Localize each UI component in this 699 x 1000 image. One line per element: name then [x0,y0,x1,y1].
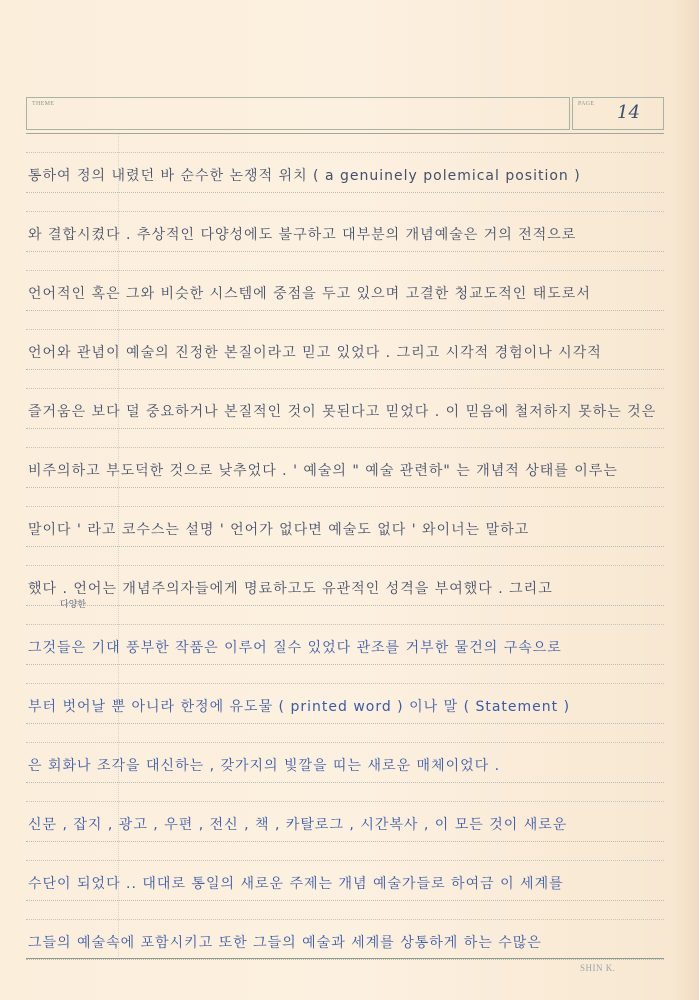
ruled-guide [26,565,664,566]
handwritten-text: 언어적인 혹은 그와 비슷한 시스템에 중점을 두고 있으며 고결한 청교도적인… [28,283,591,303]
text-line: 와 결합시켰다 . 추상적인 다양성에도 불구하고 대부분의 개념예술은 거의 … [26,193,664,252]
handwritten-text: 말이다 ' 라고 코수스는 설명 ' 언어가 없다면 예술도 없다 ' 와이너는… [28,519,529,539]
ruled-guide [26,270,664,271]
handwritten-text: 비주의하고 부도덕한 것으로 낮추었다 . ' 예술의 " 예술 관련하" 는 … [28,460,618,480]
text-line: 언어와 관념이 예술의 진정한 본질이라고 믿고 있었다 . 그리고 시각적 경… [26,311,664,370]
ruled-guide [26,624,664,625]
handwritten-text: 그들의 예술속에 포함시키고 또한 그들의 예술과 세계를 상통하게 하는 수많… [28,932,542,952]
handwritten-text: 수단이 되었다 .. 대대로 통일의 새로운 주제는 개념 예술가들로 하여금 … [28,873,564,893]
handwritten-text: 은 회화나 조각을 대신하는 , 갖가지의 빛깔을 띠는 새로운 매체이었다 . [28,755,500,775]
text-line: 그것들은 기대 풍부한 작품은 이루어 질수 있었다 관조를 거부한 물건의 구… [26,606,664,665]
text-line: 비주의하고 부도덕한 것으로 낮추었다 . ' 예술의 " 예술 관련하" 는 … [26,429,664,488]
text-line: 신문 , 잡지 , 광고 , 우편 , 전신 , 책 , 카탈로그 , 시간복사… [26,783,664,842]
text-line: 그들의 예술속에 포함시키고 또한 그들의 예술과 세계를 상통하게 하는 수많… [26,901,664,960]
insert-annotation: 다양한 [60,597,86,610]
footer-rule [26,958,664,959]
handwritten-text: 부터 벗어날 뿐 아니라 한정에 유도물 ( printed word ) 이나… [28,696,570,716]
ruled-guide [26,919,664,920]
ruled-line [26,959,664,960]
footer-label: SHIN K. [580,963,616,973]
handwritten-text: 언어와 관념이 예술의 진정한 본질이라고 믿고 있었다 . 그리고 시각적 경… [28,342,602,362]
text-line: 언어적인 혹은 그와 비슷한 시스템에 중점을 두고 있으며 고결한 청교도적인… [26,252,664,311]
text-line: 했다 . 언어는 개념주의자들에게 명료하고도 유관적인 성격을 부여했다 . … [26,547,664,606]
ruled-guide [26,506,664,507]
text-line: 말이다 ' 라고 코수스는 설명 ' 언어가 없다면 예술도 없다 ' 와이너는… [26,488,664,547]
ruled-guide [26,329,664,330]
handwritten-text: 그것들은 기대 풍부한 작품은 이루어 질수 있었다 관조를 거부한 물건의 구… [28,637,562,657]
handwritten-lines: 통하여 정의 내렸던 바 순수한 논쟁적 위치 ( a genuinely po… [0,0,699,1000]
handwritten-text: 즐거움은 보다 덜 중요하거나 본질적인 것이 못된다고 믿었다 . 이 믿음에… [28,401,656,421]
ruled-guide [26,742,664,743]
text-line: 부터 벗어날 뿐 아니라 한정에 유도물 ( printed word ) 이나… [26,665,664,724]
handwritten-text: 통하여 정의 내렸던 바 순수한 논쟁적 위치 ( a genuinely po… [28,165,581,185]
handwritten-text: 신문 , 잡지 , 광고 , 우편 , 전신 , 책 , 카탈로그 , 시간복사… [28,814,567,834]
ruled-guide [26,388,664,389]
text-line: 수단이 되었다 .. 대대로 통일의 새로운 주제는 개념 예술가들로 하여금 … [26,842,664,901]
ruled-guide [26,801,664,802]
text-line: 은 회화나 조각을 대신하는 , 갖가지의 빛깔을 띠는 새로운 매체이었다 . [26,724,664,783]
ruled-guide [26,683,664,684]
ruled-guide [26,152,664,153]
text-line: 즐거움은 보다 덜 중요하거나 본질적인 것이 못된다고 믿었다 . 이 믿음에… [26,370,664,429]
text-line: 통하여 정의 내렸던 바 순수한 논쟁적 위치 ( a genuinely po… [26,134,664,193]
ruled-guide [26,211,664,212]
ruled-guide [26,860,664,861]
handwritten-text: 와 결합시켰다 . 추상적인 다양성에도 불구하고 대부분의 개념예술은 거의 … [28,224,576,244]
manuscript-page: THEME PAGE 14 통하여 정의 내렸던 바 순수한 논쟁적 위치 ( … [0,0,699,1000]
handwritten-text: 했다 . 언어는 개념주의자들에게 명료하고도 유관적인 성격을 부여했다 . … [28,578,553,598]
ruled-guide [26,447,664,448]
